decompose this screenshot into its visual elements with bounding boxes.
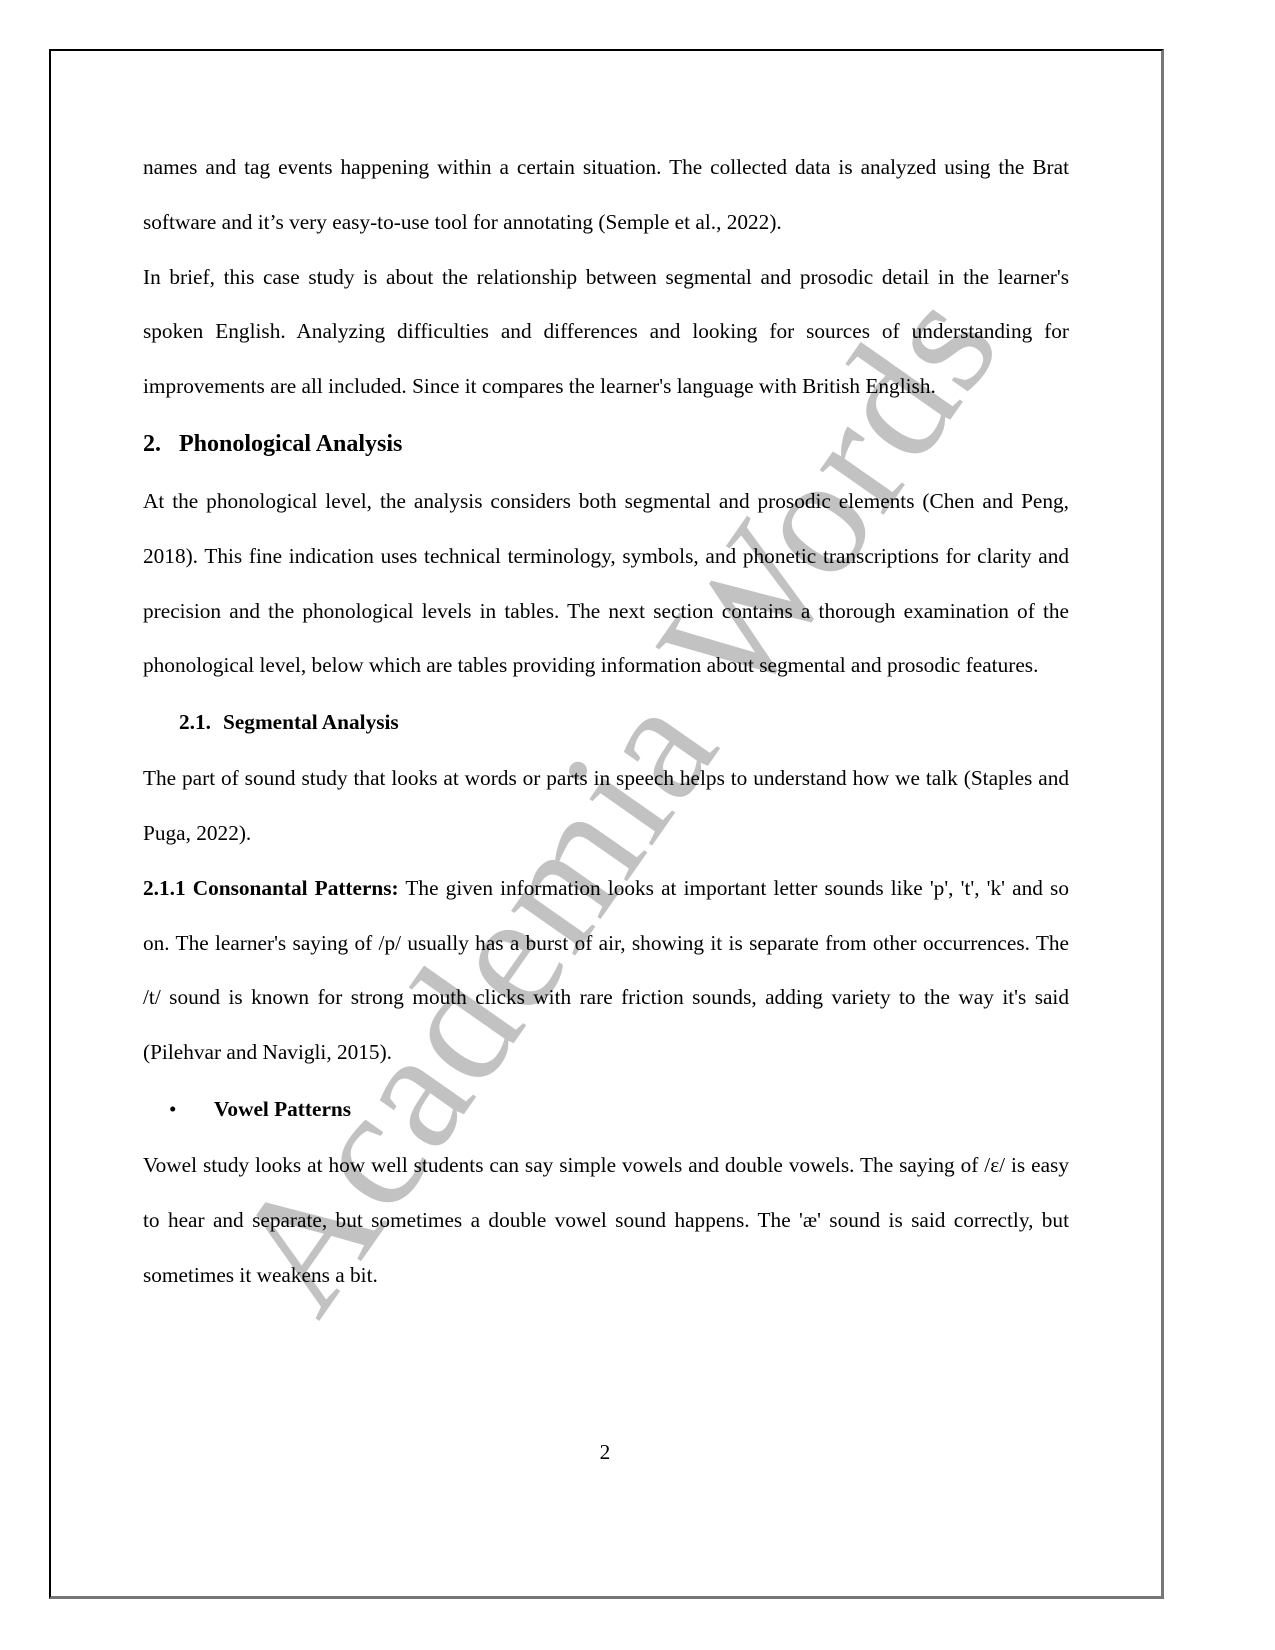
bullet-text: Vowel Patterns (214, 1097, 351, 1121)
page-number: 2 (0, 1440, 1210, 1465)
paragraph-sound-study: The part of sound study that looks at wo… (143, 751, 1069, 861)
bullet-icon: • (169, 1080, 214, 1138)
paragraph-vowel-study: Vowel study looks at how well students c… (143, 1138, 1069, 1302)
document-body: names and tag events happening within a … (143, 140, 1069, 1302)
bullet-vowel-patterns: •Vowel Patterns (143, 1080, 1069, 1138)
paragraph-phonological-level: At the phonological level, the analysis … (143, 474, 1069, 693)
paragraph-brat-annotation: names and tag events happening within a … (143, 140, 1069, 250)
subheading-text: Segmental Analysis (223, 710, 399, 734)
heading-number: 2. (143, 414, 179, 474)
heading-text: Phonological Analysis (179, 431, 402, 457)
paragraph-consonantal-patterns: 2.1.1 Consonantal Patterns: The given in… (143, 861, 1069, 1080)
heading-segmental-analysis: 2.1.Segmental Analysis (143, 693, 1069, 751)
heading-phonological-analysis: 2.Phonological Analysis (143, 414, 1069, 474)
paragraph-case-study-brief: In brief, this case study is about the r… (143, 250, 1069, 414)
consonantal-patterns-text: The given information looks at important… (143, 876, 1069, 1064)
subheading-number: 2.1. (179, 693, 223, 751)
consonantal-patterns-label: 2.1.1 Consonantal Patterns: (143, 876, 399, 900)
